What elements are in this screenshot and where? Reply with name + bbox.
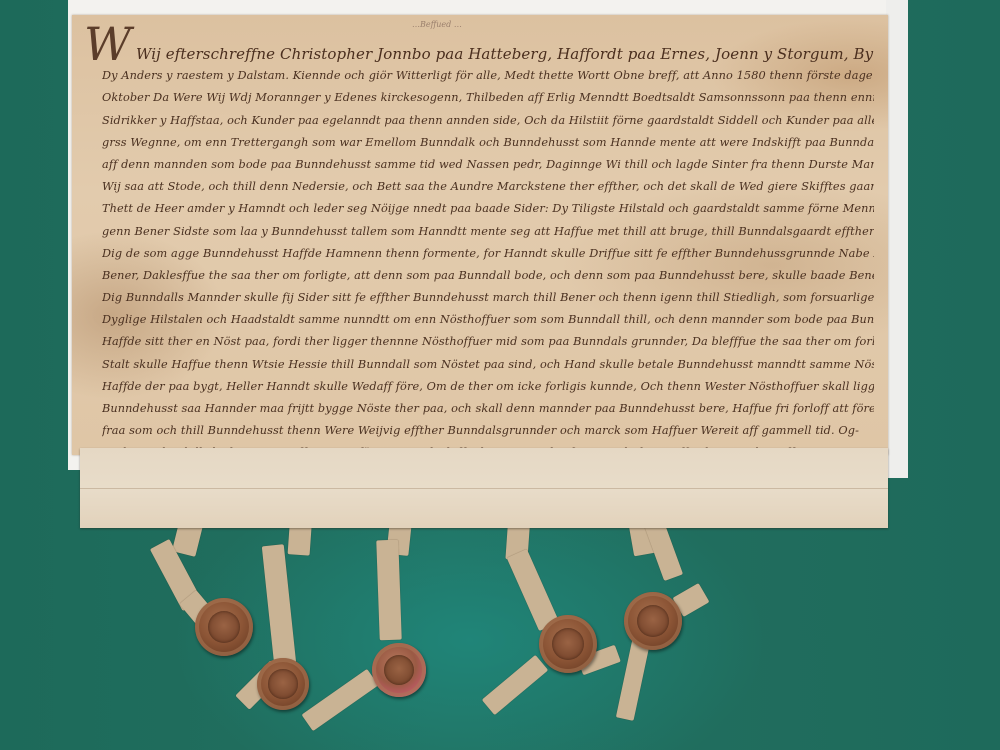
seal-impression-icon bbox=[637, 605, 669, 637]
text-line: Thett de Heer amder y Hamndt och leder s… bbox=[102, 198, 874, 220]
white-backing-paper-edge bbox=[886, 0, 908, 478]
text-line: Sidrikker y Haffstaa, och Kunder paa ege… bbox=[102, 110, 874, 132]
margin-note: …Beffued … bbox=[412, 20, 462, 29]
text-line: Wij efterschreffne Christopher Jonnbo pa… bbox=[102, 43, 874, 65]
text-line: genn Bener Sidste som laa y Bunndehusst … bbox=[102, 221, 874, 243]
seal-impression-icon bbox=[268, 669, 297, 698]
seal-tag bbox=[376, 540, 401, 641]
text-line: Stalt skulle Haffue thenn Wtsie Hessie t… bbox=[102, 354, 874, 376]
text-line: Dig de som agge Bunndehusst Haffde Hamne… bbox=[102, 243, 874, 265]
text-line: Oktober Da Were Wij Wdj Morannger y Eden… bbox=[102, 87, 874, 109]
text-line: Haffde der paa bygt, Heller Hanndt skull… bbox=[102, 376, 874, 398]
wax-seal bbox=[624, 592, 682, 650]
parchment-plica-fold bbox=[80, 448, 888, 528]
text-line: grss Wegnne, om enn Trettergangh som war… bbox=[102, 132, 874, 154]
text-line: Bunndehusst saa Hannder maa frijtt bygge… bbox=[102, 398, 874, 420]
seal-impression-icon bbox=[384, 655, 414, 685]
wax-seal bbox=[539, 615, 597, 673]
text-line: Dig Bunndalls Mannder skulle fij Sider s… bbox=[102, 287, 874, 309]
text-line: fraa som och thill Bunndehusst thenn Wer… bbox=[102, 420, 874, 442]
text-line: Dy Anders y raestem y Dalstam. Kiennde o… bbox=[102, 65, 874, 87]
wax-seal-red bbox=[372, 643, 426, 697]
fold-crease bbox=[80, 488, 888, 489]
parchment-charter: W …Beffued … Wij efterschreffne Christop… bbox=[72, 15, 888, 455]
seal-impression-icon bbox=[208, 611, 240, 643]
seal-impression-icon bbox=[552, 628, 584, 660]
text-line: aff denn mannden som bode paa Bunndehuss… bbox=[102, 154, 874, 176]
text-line: Wij saa att Stode, och thill denn Neders… bbox=[102, 176, 874, 198]
text-line: Bener, Daklesffue the saa ther om forlig… bbox=[102, 265, 874, 287]
text-line: Haffde sitt ther en Nöst paa, fordi ther… bbox=[102, 331, 874, 353]
wax-seal bbox=[195, 598, 253, 656]
wax-seal bbox=[257, 658, 309, 710]
text-line: Dyglige Hilstalen och Haadstaldt samme n… bbox=[102, 309, 874, 331]
